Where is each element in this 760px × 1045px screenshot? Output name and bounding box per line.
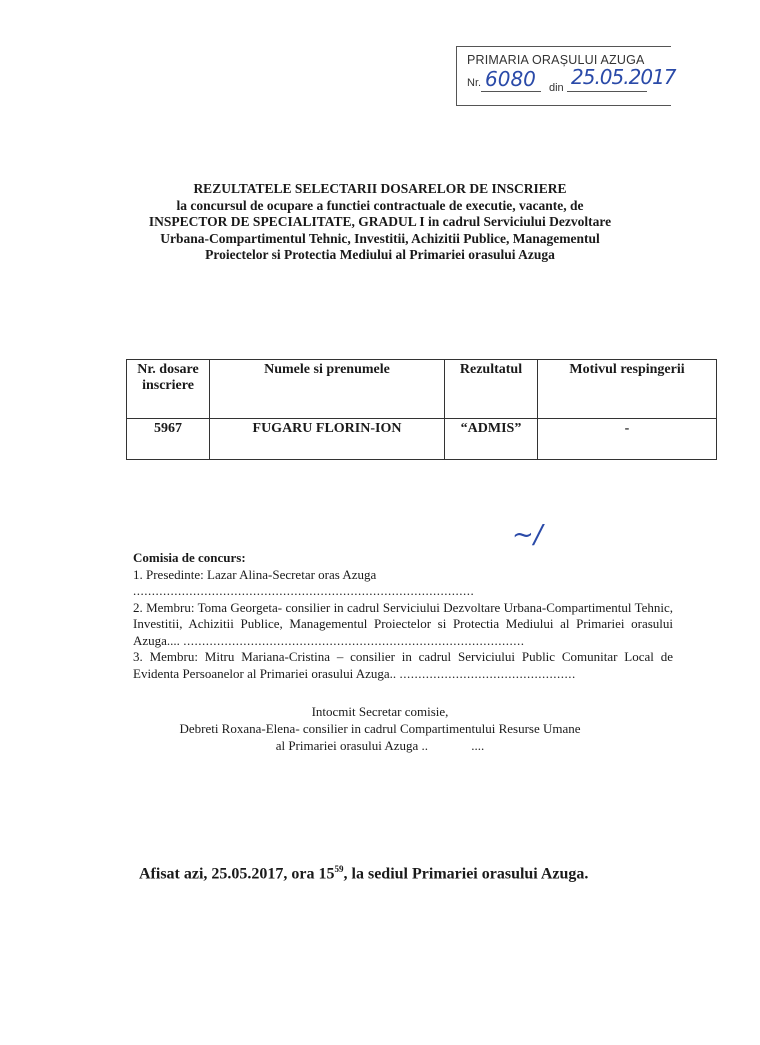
document-title: REZULTATELE SELECTARII DOSARELOR DE INSC…: [130, 181, 630, 264]
stamp-date-value: 25.05.2017: [571, 65, 676, 89]
results-table: Nr. dosare inscriere Numele si prenumele…: [126, 359, 717, 460]
header-motiv: Motivul respingerii: [538, 360, 717, 419]
cell-reason: -: [538, 419, 717, 460]
cell-nr: 5967: [127, 419, 210, 460]
signature-mark: ~/: [512, 520, 543, 550]
stamp-date-underline: [567, 91, 647, 92]
secretary-line-3: al Primariei orasului Azuga .. ....: [150, 737, 610, 754]
table-row: 5967 FUGARU FLORIN-ION “ADMIS” -: [127, 419, 717, 460]
commission-heading: Comisia de concurs:: [133, 550, 673, 567]
table-header-row: Nr. dosare inscriere Numele si prenumele…: [127, 360, 717, 419]
commission-member-3: 3. Membru: Mitru Mariana-Cristina – cons…: [133, 649, 673, 682]
header-nr-dosare: Nr. dosare inscriere: [127, 360, 210, 419]
header-nume: Numele si prenumele: [210, 360, 445, 419]
cell-result: “ADMIS”: [445, 419, 538, 460]
secretary-line-2: Debreti Roxana-Elena- consilier in cadru…: [150, 720, 610, 737]
secretary-line-1: Intocmit Secretar comisie,: [150, 703, 610, 720]
stamp-nr-label: Nr.: [467, 77, 481, 89]
title-line-4: Urbana-Compartimentul Tehnic, Investitii…: [130, 231, 630, 248]
title-line-3: INSPECTOR DE SPECIALITATE, GRADUL I in c…: [130, 214, 630, 231]
stamp-nr-value: 6080: [485, 67, 536, 91]
stamp-din-label: din: [549, 82, 564, 94]
title-line-1: REZULTATELE SELECTARII DOSARELOR DE INSC…: [130, 181, 630, 198]
commission-member-1: 1. Presedinte: Lazar Alina-Secretar oras…: [133, 567, 673, 600]
commission-section: Comisia de concurs: 1. Presedinte: Lazar…: [133, 550, 673, 682]
stamp-nr-underline: [481, 91, 541, 92]
cell-name: FUGARU FLORIN-ION: [210, 419, 445, 460]
posting-notice: Afisat azi, 25.05.2017, ora 1559, la sed…: [139, 864, 588, 883]
registration-stamp: PRIMARIA ORAȘULUI AZUGA Nr. 6080 din 25.…: [456, 46, 671, 106]
commission-member-2: 2. Membru: Toma Georgeta- consilier in c…: [133, 600, 673, 650]
header-rezultat: Rezultatul: [445, 360, 538, 419]
title-line-2: la concursul de ocupare a functiei contr…: [130, 198, 630, 215]
secretary-block: Intocmit Secretar comisie, Debreti Roxan…: [150, 703, 610, 754]
title-line-5: Proiectelor si Protectia Mediului al Pri…: [130, 247, 630, 264]
